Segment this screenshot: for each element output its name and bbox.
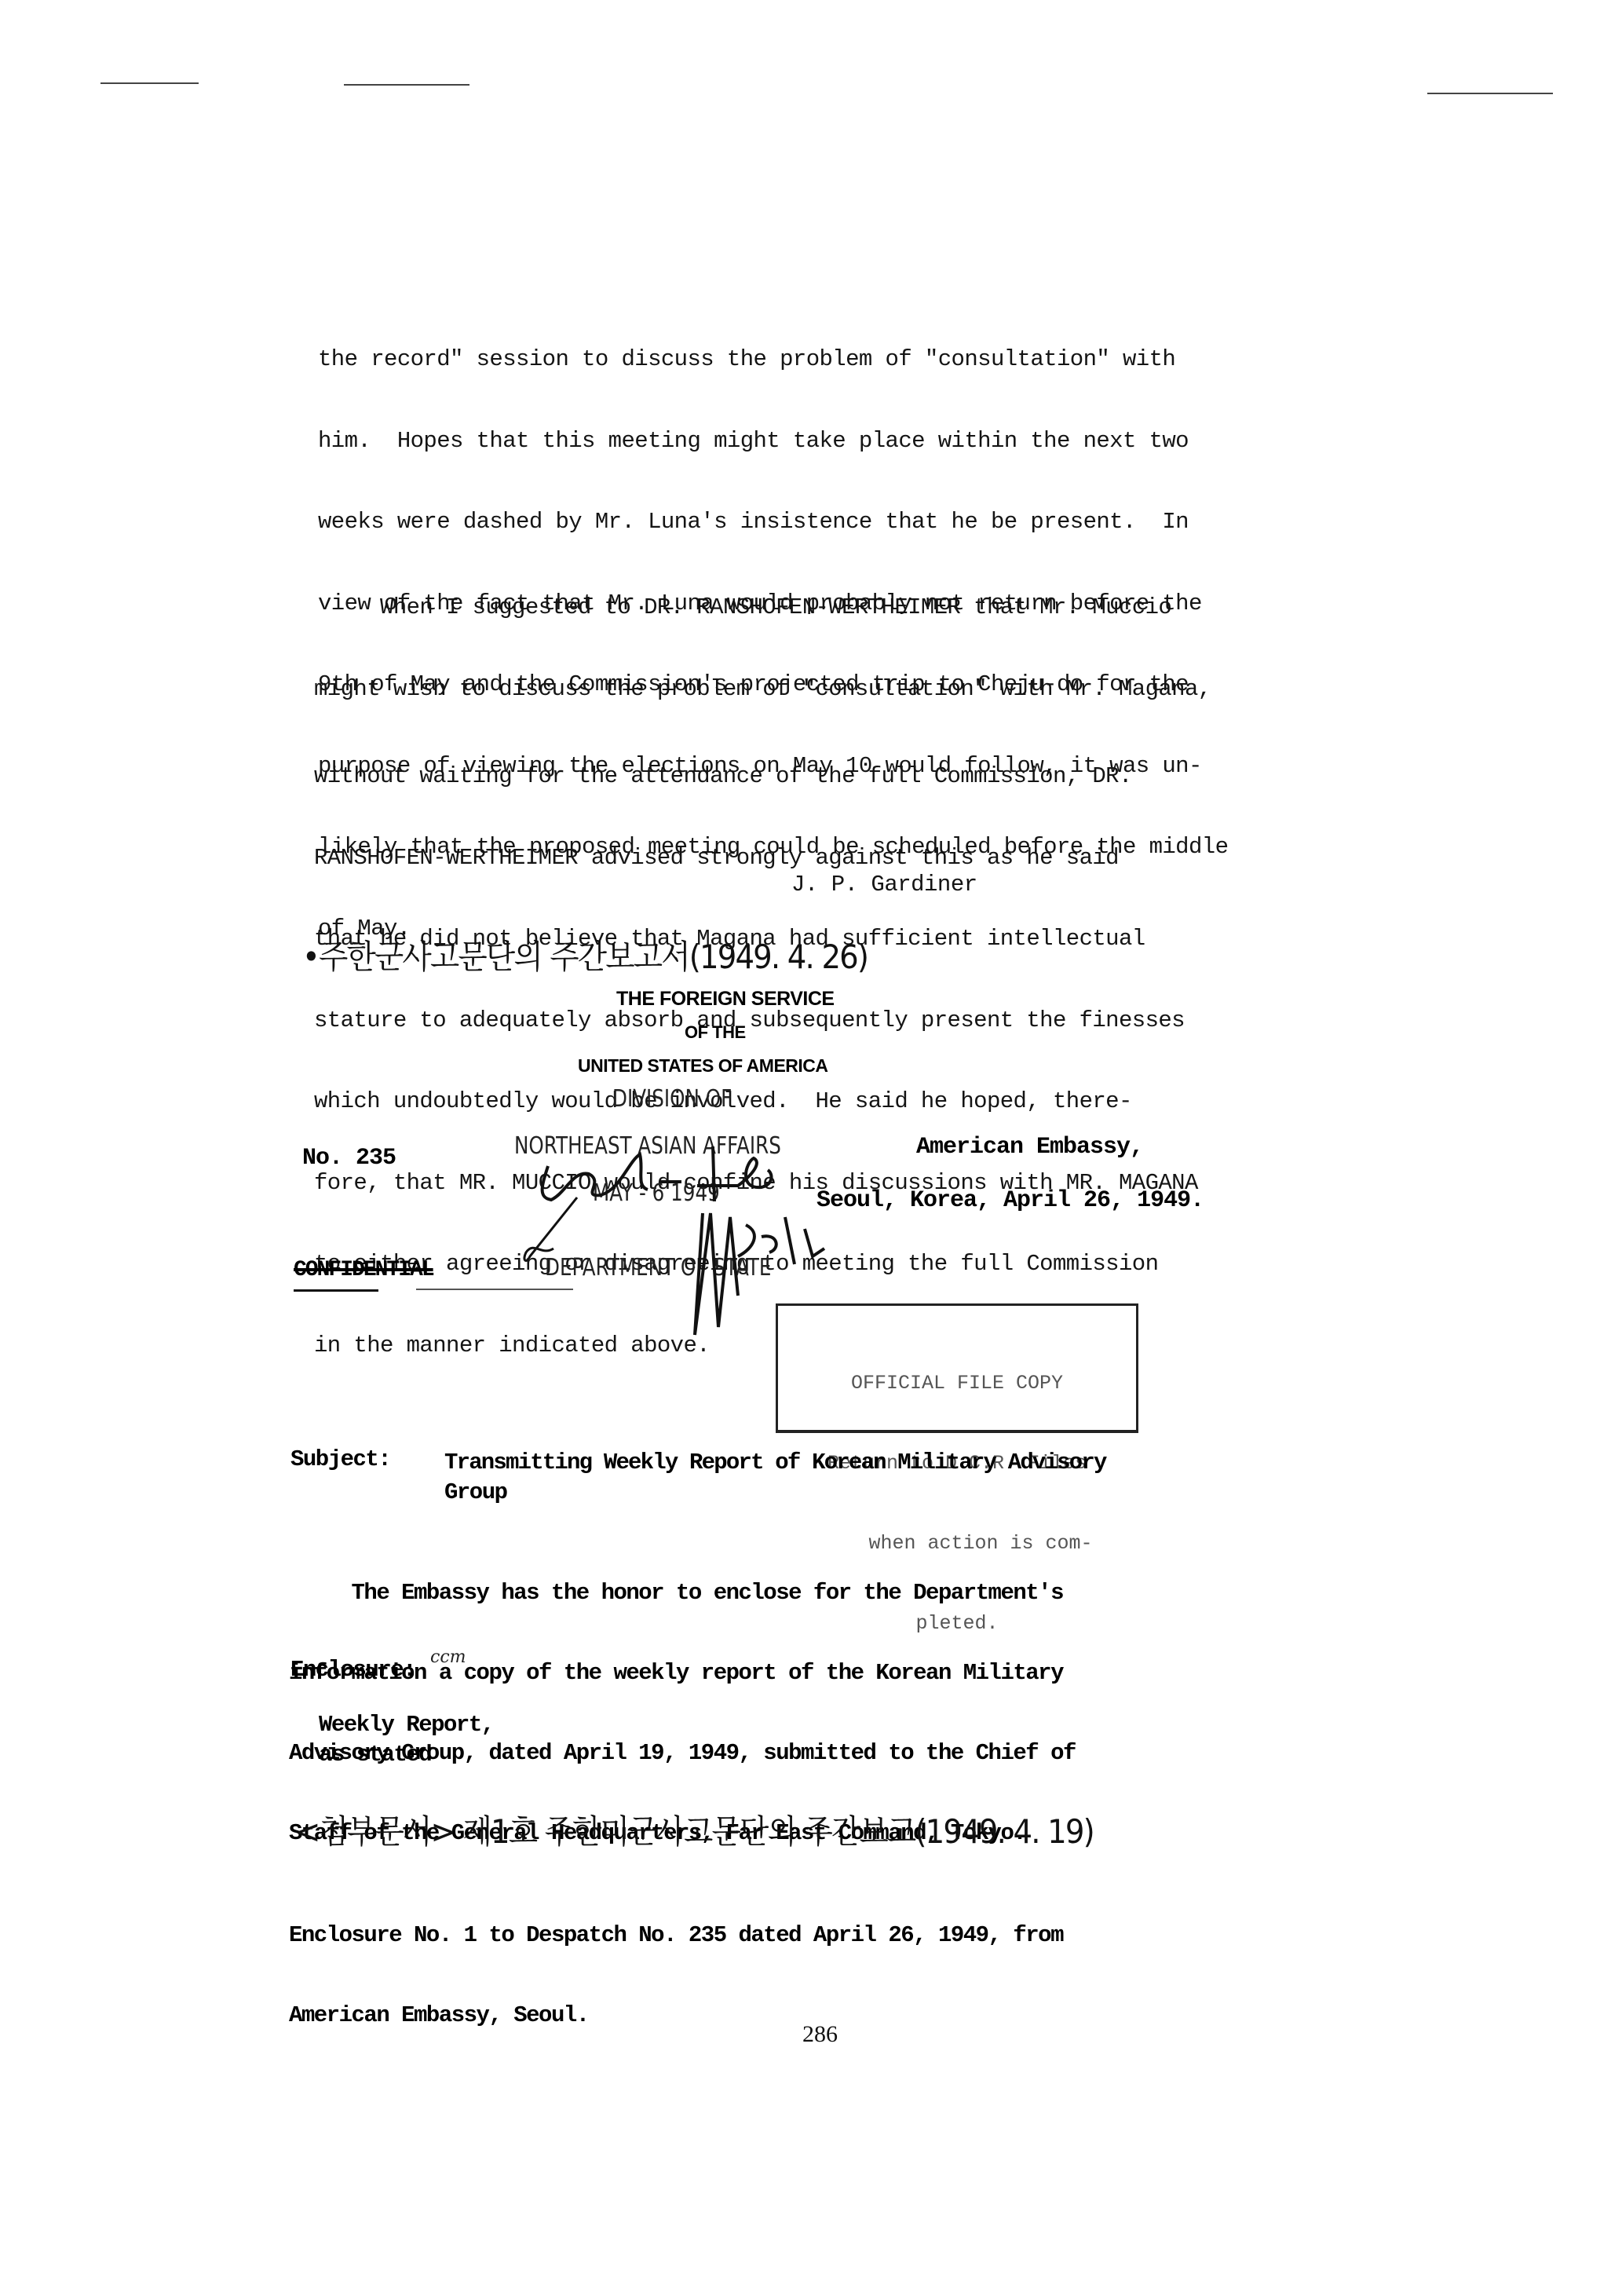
subject-line-2: Group — [444, 1479, 507, 1505]
text-line: without waiting for the attendance of th… — [314, 763, 1211, 791]
text-line: might wish to discuss the problem of "co… — [314, 676, 1211, 704]
signature-name: J. P. Gardiner — [791, 872, 977, 898]
text-line: RANSHOFEN-WERTHEIMER advised strongly ag… — [314, 845, 1211, 872]
text-line: Enclosure No. 1 to Despatch No. 235 date… — [289, 1922, 1063, 1949]
section-heading: •주한군사고문단의 주간보고서(1949. 4. 26) — [302, 931, 868, 978]
enclosure-note: Enclosure No. 1 to Despatch No. 235 date… — [289, 1869, 1063, 2056]
text-line: When I suggested to DR. RANSHOFEN-WERTHE… — [314, 594, 1211, 622]
text-line: the record" session to discuss the probl… — [318, 346, 1228, 374]
enclosure-initials: ccm — [430, 1647, 466, 1667]
despatch-number: No. 235 — [302, 1145, 396, 1172]
text-line: weeks were dashed by Mr. Luna's insisten… — [318, 509, 1228, 536]
official-copy-stamp-box: OFFICIAL FILE COPY Return to D.C.R. File… — [776, 1303, 1138, 1433]
classification-underline — [294, 1289, 378, 1292]
attachment-heading: <첨부문서> 제1호 주한미군사고문단의 주간보고(1949. 4. 19) — [295, 1806, 1094, 1853]
enclosure-item-2: as stated — [319, 1742, 431, 1768]
despatch-sender: American Embassy, — [916, 1134, 1143, 1161]
stamp-line: OFFICIAL FILE COPY — [778, 1370, 1136, 1397]
letterhead-line-1: THE FOREIGN SERVICE — [616, 988, 835, 1011]
text-line: which undoubtedly would be involved. He … — [314, 1088, 1211, 1116]
despatch-place-date: Seoul, Korea, April 26, 1949. — [816, 1187, 1204, 1214]
text-line: The Embassy has the honor to enclose for… — [289, 1580, 1076, 1607]
subject-label: Subject: — [290, 1446, 390, 1472]
text-line: American Embassy, Seoul. — [289, 2002, 1063, 2029]
enclosure-label: Enclosure: — [290, 1657, 415, 1683]
subject-line-1: Transmitting Weekly Report of Korean Mil… — [444, 1450, 1106, 1475]
classification-struck: CONFIDENTIAL — [294, 1258, 433, 1282]
page-number: 286 — [802, 2021, 838, 2048]
scan-artifact-line — [100, 82, 199, 84]
letterhead-line-3: UNITED STATES OF AMERICA — [578, 1055, 828, 1077]
stamp-division: DIVISION OF — [612, 1085, 732, 1113]
scan-artifact-line — [344, 84, 469, 86]
letterhead-line-2: OF THE — [685, 1022, 746, 1043]
text-line: stature to adequately absorb and subsequ… — [314, 1007, 1211, 1035]
scan-artifact-line — [1427, 93, 1553, 94]
text-line: him. Hopes that this meeting might take … — [318, 428, 1228, 455]
enclosure-item-1: Weekly Report, — [319, 1712, 494, 1738]
